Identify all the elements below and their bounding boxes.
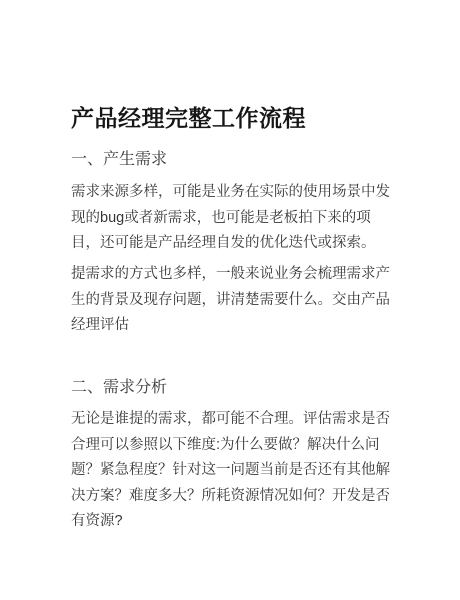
text-line: 决方案？难度多大？所耗资源情况如何？开发是否 [71, 484, 395, 510]
text-line: 需求来源多样，可能是业务在实际的使用场景中发 [71, 180, 395, 206]
text-line: 无论是谁提的需求，都可能不合理。评估需求是否 [71, 407, 395, 433]
text-line: 合理可以参照以下维度:为什么要做？解决什么问 [71, 433, 395, 459]
text-line: 有资源? [71, 509, 395, 535]
section-1-paragraph-2: 提需求的方式也多样，一般来说业务会梳理需求产 生的背景及现存问题，讲清楚需要什么… [71, 262, 395, 339]
text-line: 目，还可能是产品经理自发的优化迭代或探索。 [71, 231, 395, 257]
section-2-heading: 二、需求分析 [71, 377, 393, 399]
document-page: 产品经理完整工作流程 一、产生需求 需求来源多样，可能是业务在实际的使用场景中发… [0, 0, 460, 600]
text-line: 现的bug或者新需求，也可能是老板拍下来的项 [71, 206, 395, 232]
text-line: 提需求的方式也多样，一般来说业务会梳理需求产 [71, 262, 395, 288]
text-line: 题？紧急程度？针对这一问题当前是否还有其他解 [71, 458, 395, 484]
page-title: 产品经理完整工作流程 [71, 103, 393, 133]
section-1-paragraph-1: 需求来源多样，可能是业务在实际的使用场景中发 现的bug或者新需求，也可能是老板… [71, 180, 395, 257]
section-2-paragraph-1: 无论是谁提的需求，都可能不合理。评估需求是否 合理可以参照以下维度:为什么要做？… [71, 407, 395, 535]
text-line: 经理评估 [71, 313, 395, 339]
section-1-heading: 一、产生需求 [71, 149, 393, 171]
text-line: 生的背景及现存问题，讲清楚需要什么。交由产品 [71, 288, 395, 314]
